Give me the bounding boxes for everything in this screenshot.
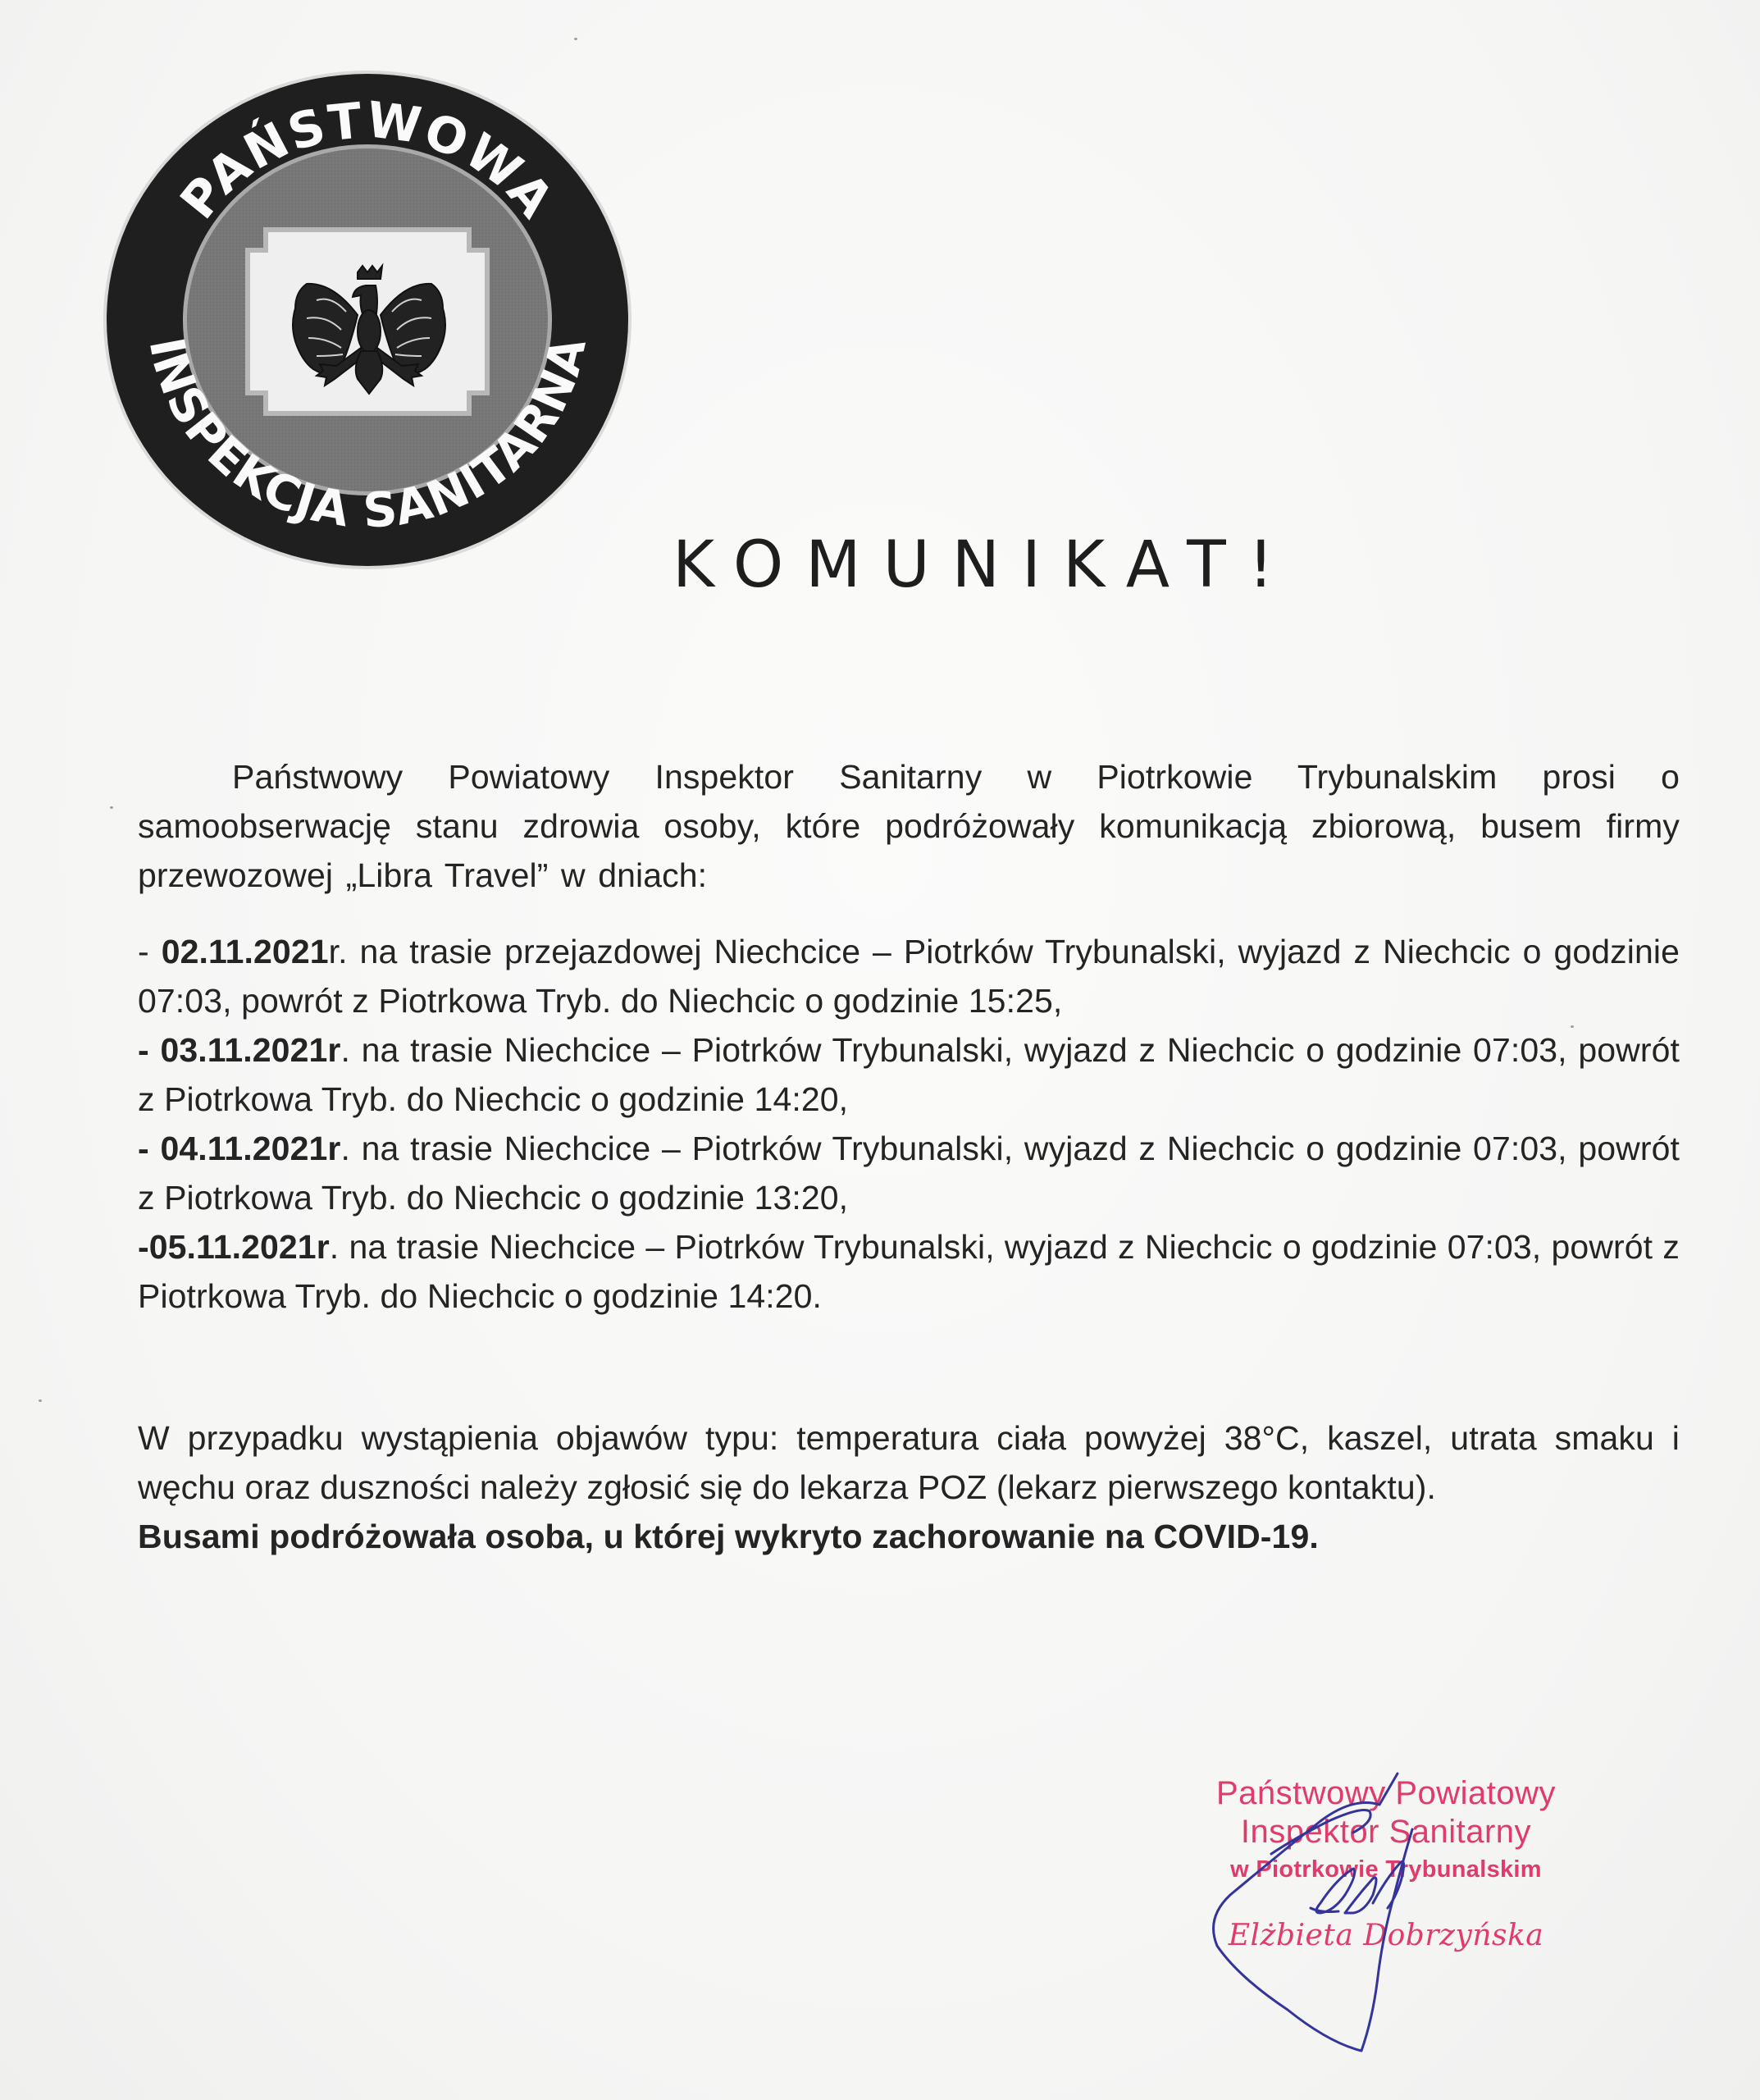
symptoms-paragraph: W przypadku wystąpienia objawów typu: te… — [138, 1413, 1680, 1561]
document-title: KOMUNIKAT! — [673, 533, 1296, 597]
trip-entry: -05.11.2021r. na trasie Niechcice – Piot… — [138, 1222, 1680, 1321]
trip-date: 02.11.2021 — [162, 933, 329, 970]
trip-date: - 03.11.2021r — [138, 1031, 340, 1069]
trip-entry: - 04.11.2021r. na trasie Niechcice – Pio… — [138, 1124, 1680, 1222]
handwritten-signature-icon — [1197, 1772, 1542, 2084]
sanitary-inspection-logo: PAŃSTWOWA INSPEKCJA SANITARNA — [102, 69, 633, 571]
trip-entry: - 03.11.2021r. na trasie Niechcice – Pio… — [138, 1025, 1680, 1124]
scan-speck — [1571, 1025, 1574, 1028]
intro-paragraph: Państwowy Powiatowy Inspektor Sanitarny … — [138, 752, 1680, 900]
scan-speck — [574, 38, 577, 40]
covid-warning: Busami podróżowała osoba, u której wykry… — [138, 1512, 1680, 1561]
symptoms-instructions: W przypadku wystąpienia objawów typu: te… — [138, 1419, 1680, 1506]
trip-date: -05.11.2021r — [138, 1228, 330, 1266]
scan-speck — [39, 1399, 42, 1402]
document-page: PAŃSTWOWA INSPEKCJA SANITARNA KOMUNIKAT!… — [0, 0, 1760, 2100]
scan-speck — [110, 806, 113, 809]
trip-entry: - 02.11.2021r. na trasie przejazdowej Ni… — [138, 927, 1680, 1025]
logo-emblem-icon: PAŃSTWOWA INSPEKCJA SANITARNA — [102, 69, 633, 571]
trip-date: - 04.11.2021r — [138, 1130, 340, 1167]
trip-dates-list: - 02.11.2021r. na trasie przejazdowej Ni… — [138, 927, 1680, 1321]
